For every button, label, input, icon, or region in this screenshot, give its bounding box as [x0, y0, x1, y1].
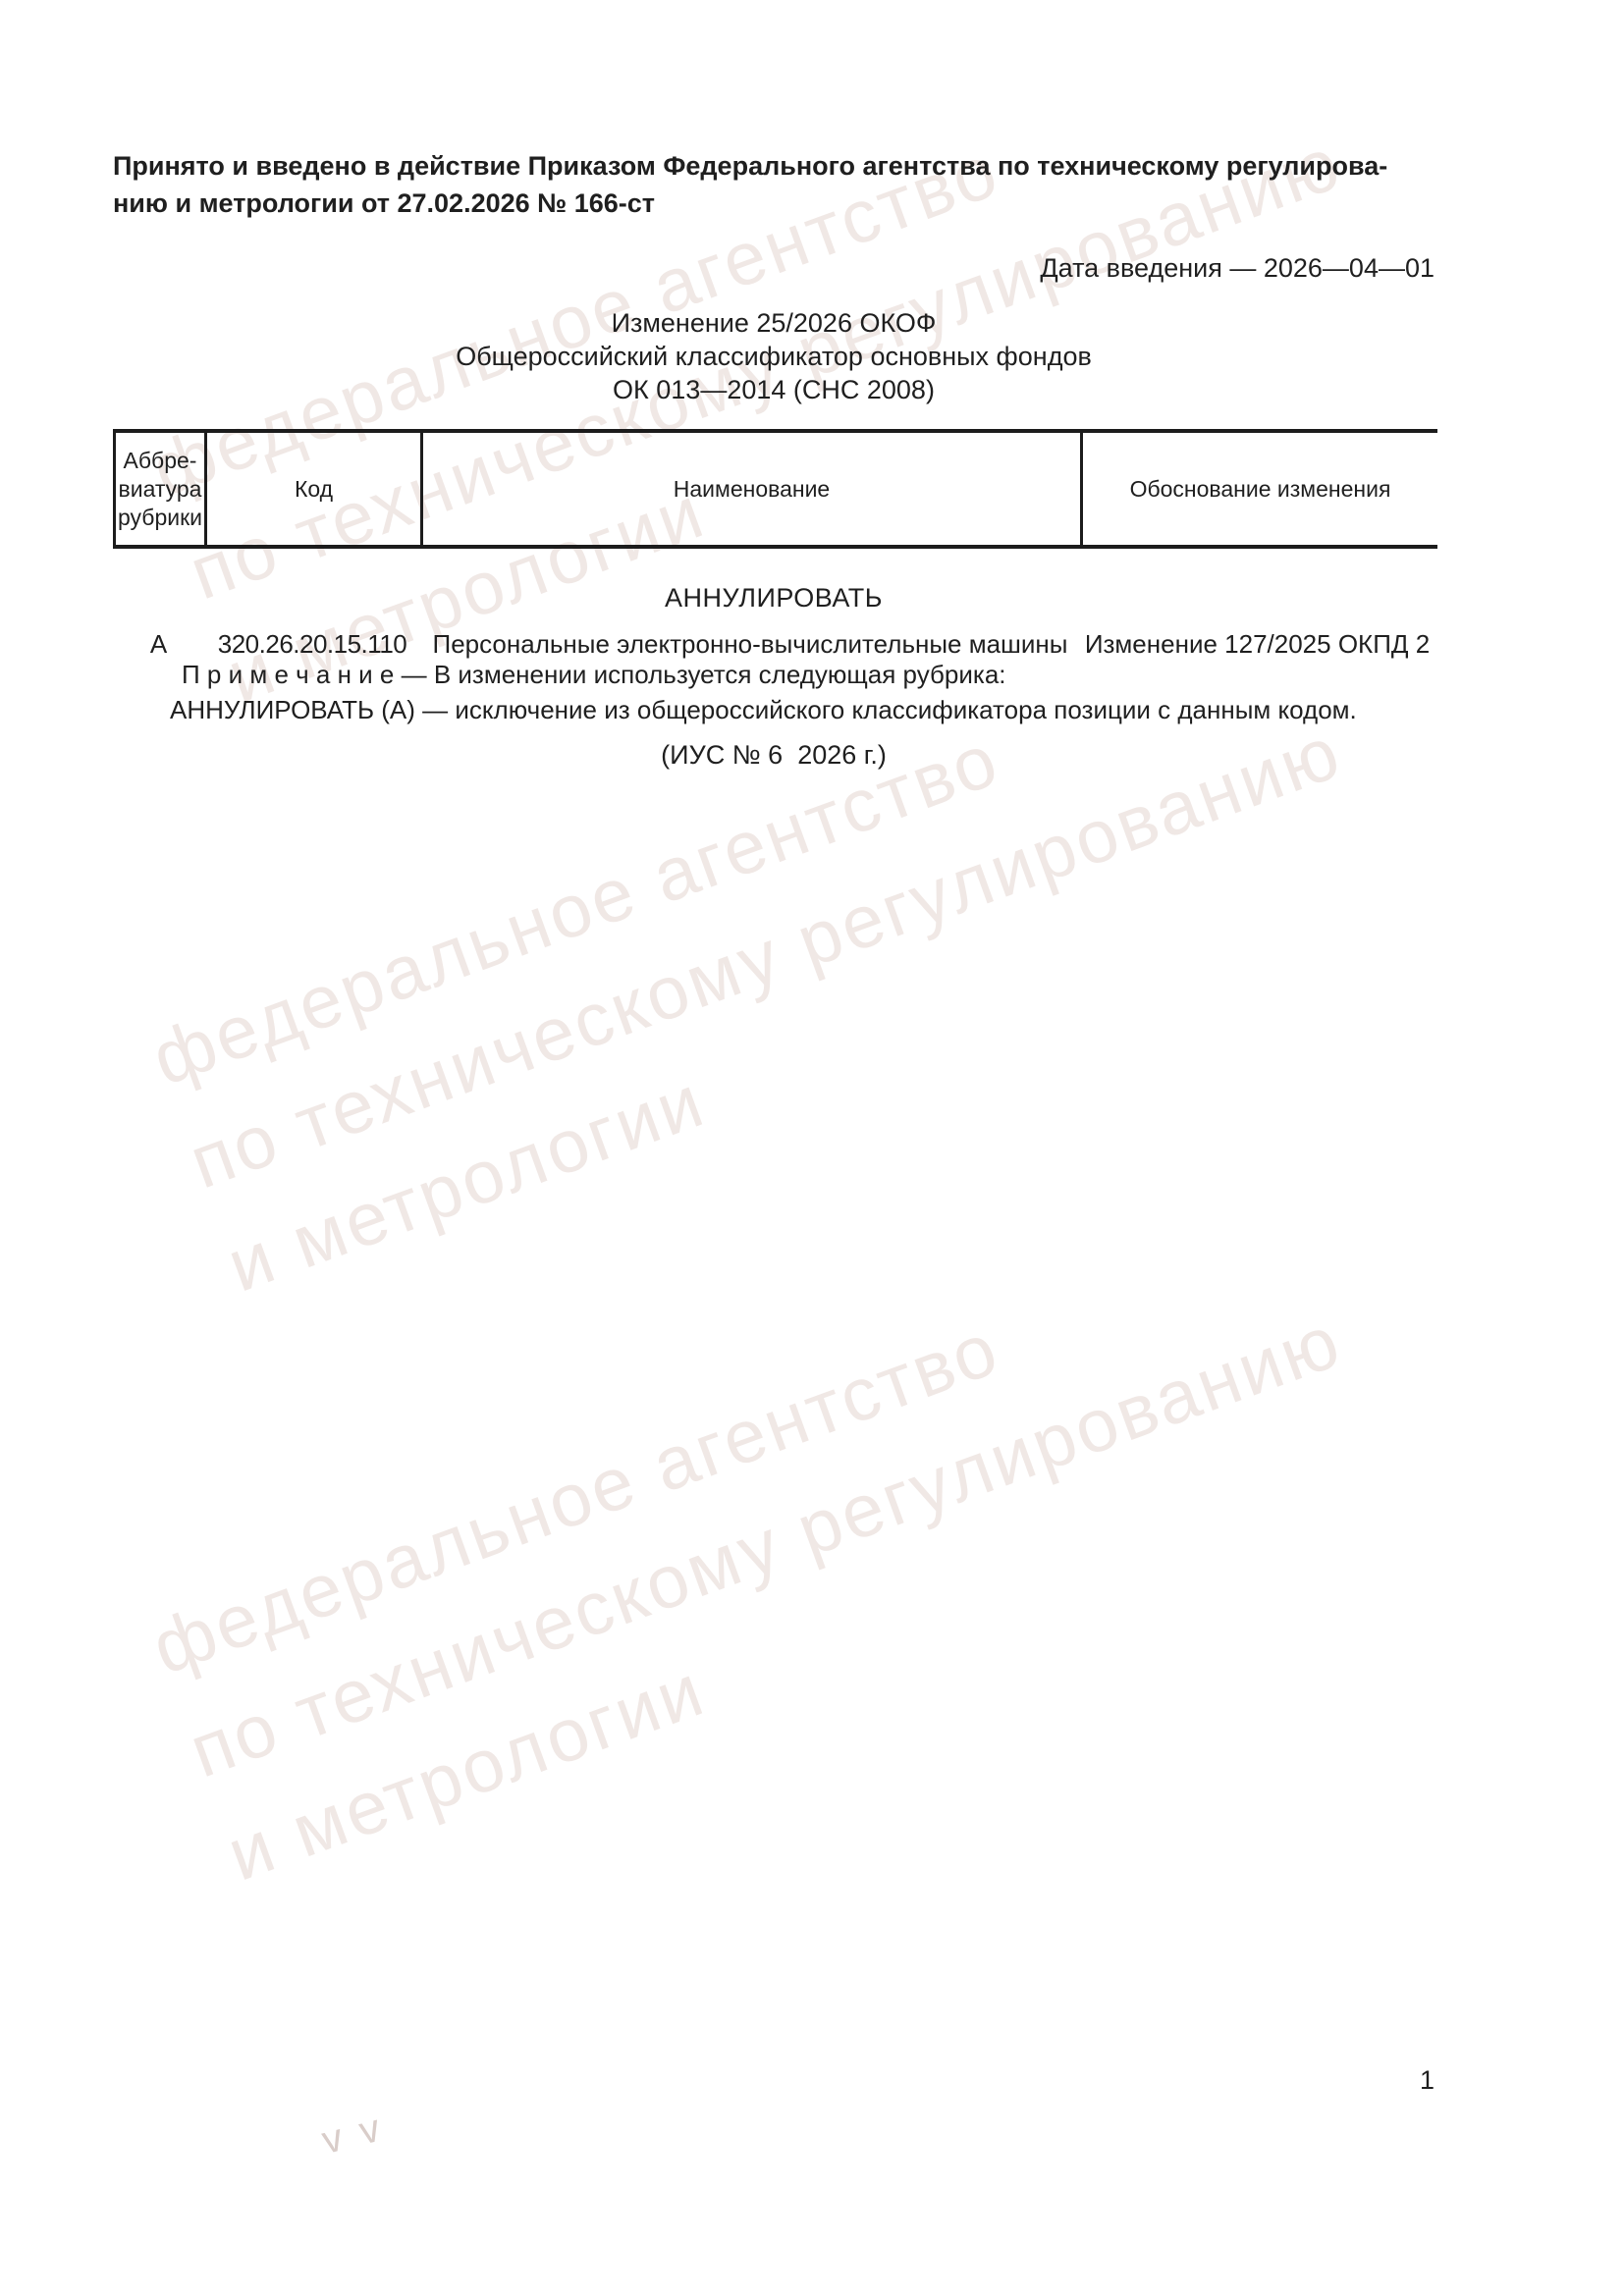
title-line-code: ОК 013—2014 (СНС 2008) — [113, 373, 1435, 406]
row-rubric: А — [113, 629, 204, 660]
title-line-amendment: Изменение 25/2026 ОКОФ — [113, 306, 1435, 340]
rubric-header-line: Аббре- — [118, 447, 202, 475]
classifier-table-header: Аббре- виатура рубрики Код Наименование … — [113, 429, 1437, 549]
column-header-name: Наименование — [423, 433, 1083, 545]
effective-date: Дата введения — 2026—04—01 — [113, 253, 1435, 284]
page-number: 1 — [113, 2065, 1435, 2096]
adoption-line-2: нию и метрологии от 27.02.2026 № 166-ст — [113, 185, 1488, 222]
adoption-statement: Принято и введено в действие Приказом Фе… — [113, 147, 1488, 222]
column-header-code: Код — [207, 433, 423, 545]
watermark-artifact: v v — [317, 2106, 388, 2163]
title-line-classifier: Общероссийский классификатор основных фо… — [113, 340, 1435, 373]
section-label-annul: АННУЛИРОВАТЬ — [113, 583, 1435, 614]
document-page: федеральное агентство по техническому ре… — [0, 0, 1624, 2296]
row-name: Персональные электронно-вычислительные м… — [420, 629, 1080, 660]
note-line-1: П р и м е ч а н и е — В изменении исполь… — [182, 660, 1458, 690]
column-header-justification: Обоснование изменения — [1083, 433, 1437, 545]
table-row: А 320.26.20.15.110 Персональные электрон… — [113, 629, 1435, 660]
adoption-line-1: Принято и введено в действие Приказом Фе… — [113, 147, 1488, 185]
rubric-header-line: виатура — [118, 475, 202, 504]
column-header-rubric: Аббре- виатура рубрики — [116, 433, 207, 545]
ius-reference: (ИУС № 6 2026 г.) — [113, 740, 1435, 771]
note-line-2: АННУЛИРОВАТЬ (А) — исключение из общерос… — [170, 695, 1446, 725]
document-title: Изменение 25/2026 ОКОФ Общероссийский кл… — [113, 306, 1435, 406]
rubric-header-line: рубрики — [118, 504, 202, 532]
row-code: 320.26.20.15.110 — [204, 629, 420, 660]
row-justification: Изменение 127/2025 ОКПД 2 — [1080, 629, 1435, 660]
